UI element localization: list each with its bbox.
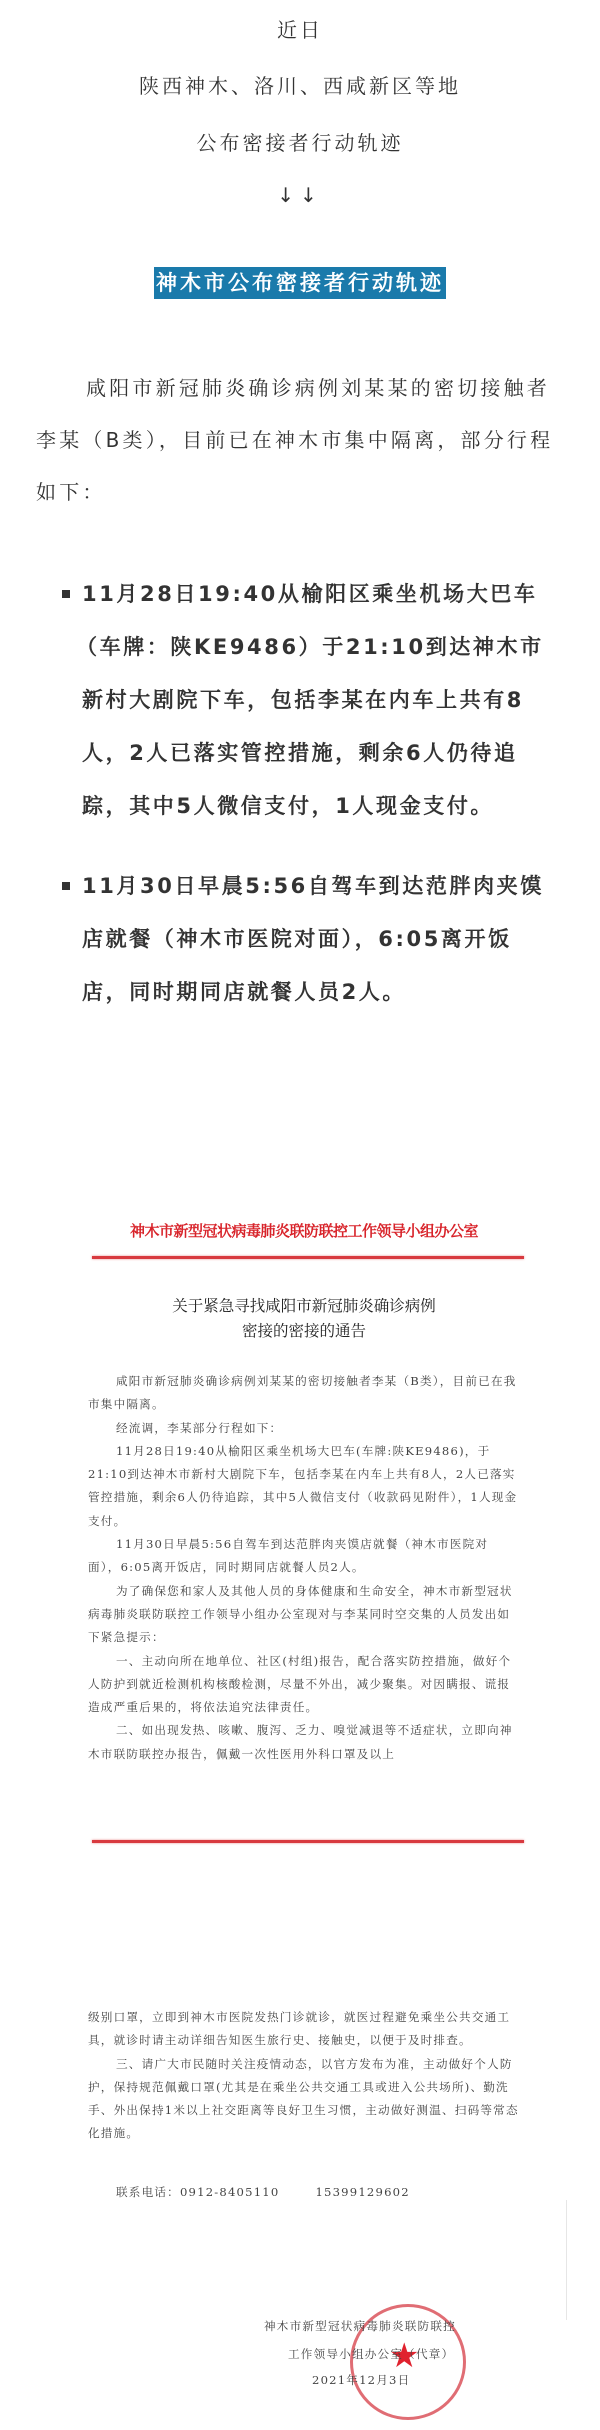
signature-line-1: 神木市新型冠状病毒肺炎联防联控 (264, 2318, 524, 2334)
notice-paragraph: 经流调，李某部分行程如下： (88, 1417, 520, 1440)
phone-number-1: 0912-8405110 (180, 2185, 279, 2199)
section-title: 神木市公布密接者行动轨迹 (154, 267, 446, 299)
notice-paragraph: 二、如出现发热、咳嗽、腹泻、乏力、嗅觉减退等不适症状，立即向神木市联防联控办报告… (88, 1719, 520, 1766)
notice-body-part1: 咸阳市新冠肺炎确诊病例刘某某的密切接触者李某（B类），目前已在我市集中隔离。 经… (88, 1370, 520, 1766)
itinerary-line: 人，2人已落实管控措施，剩余6人仍待追 (82, 727, 582, 780)
image-edge-divider (566, 2200, 567, 2320)
contact-label: 联系电话： (116, 2185, 180, 2199)
notice-paragraph: 级别口罩，立即到神木市医院发热门诊就诊，就医过程避免乘坐公共交通工具，就诊时请主… (88, 2006, 520, 2053)
bullet-square-icon (62, 882, 70, 890)
notice-paragraph: 11月28日19:40从榆阳区乘坐机场大巴车(车牌:陕KE9486)，于21:1… (88, 1440, 520, 1533)
itinerary-line: 11月30日早晨5:56自驾车到达范胖肉夹馍 (82, 860, 582, 913)
header-line-3: 公布密接者行动轨迹 (0, 127, 600, 156)
signature-line-2: 工作领导小组办公室（代章） (288, 2346, 528, 2362)
notice-document-image: 神木市新型冠状病毒肺炎联防联控工作领导小组办公室 关于紧急寻找咸阳市新冠肺炎确诊… (88, 1200, 520, 2375)
itinerary-line: 11月28日19:40从榆阳区乘坐机场大巴车 (82, 568, 582, 621)
notice-title-line-1: 关于紧急寻找咸阳市新冠肺炎确诊病例 (88, 1294, 520, 1319)
itinerary-line: 踪，其中5人微信支付，1人现金支付。 (82, 780, 582, 833)
intro-paragraph: 咸阳市新冠肺炎确诊病例刘某某的密切接触者李某（B类），目前已在神木市集中隔离，部… (36, 362, 568, 518)
notice-title-line-2: 密接的密接的通告 (88, 1319, 520, 1344)
bullet-square-icon (62, 590, 70, 598)
itinerary-line: 店就餐（神木市医院对面），6:05离开饭 (82, 913, 582, 966)
itinerary-text: 11月30日早晨5:56自驾车到达范胖肉夹馍 店就餐（神木市医院对面），6:05… (82, 860, 582, 1019)
red-rule-bottom (92, 1840, 524, 1843)
notice-paragraph: 11月30日早晨5:56自驾车到达范胖肉夹馍店就餐（神木市医院对面），6:05离… (88, 1533, 520, 1580)
notice-paragraph: 为了确保您和家人及其他人员的身体健康和生命安全，神木市新型冠状病毒肺炎联防联控工… (88, 1580, 520, 1650)
issuer-header: 神木市新型冠状病毒肺炎联防联控工作领导小组办公室 (88, 1220, 520, 1241)
notice-date: 2021年12月3日 (312, 2372, 512, 2388)
itinerary-line: （车牌：陕KE9486）于21:10到达神木市 (76, 621, 582, 674)
down-arrows-icon: ↓↓ (0, 183, 600, 207)
notice-body-part2: 级别口罩，立即到神木市医院发热门诊就诊，就医过程避免乘坐公共交通工具，就诊时请主… (88, 2006, 520, 2146)
notice-title: 关于紧急寻找咸阳市新冠肺炎确诊病例 密接的密接的通告 (88, 1294, 520, 1344)
notice-paragraph: 一、主动向所在地单位、社区(村组)报告，配合落实防控措施，做好个人防护到就近检测… (88, 1650, 520, 1720)
itinerary-line: 新村大剧院下车，包括李某在内车上共有8 (82, 674, 582, 727)
itinerary-text: 11月28日19:40从榆阳区乘坐机场大巴车 （车牌：陕KE9486）于21:1… (82, 568, 582, 833)
itinerary-line: 店，同时期同店就餐人员2人。 (82, 966, 582, 1019)
red-rule-top (92, 1256, 524, 1259)
section-title-wrap: 神木市公布密接者行动轨迹 (0, 267, 600, 299)
header-line-2: 陕西神木、洛川、西咸新区等地 (0, 70, 600, 99)
header-line-1: 近日 (0, 14, 600, 43)
notice-paragraph: 三、请广大市民随时关注疫情动态，以官方发布为准，主动做好个人防护，保持规范佩戴口… (88, 2053, 520, 2146)
phone-number-2: 15399129602 (315, 2185, 409, 2199)
contact-line: 联系电话：0912-840511015399129602 (116, 2184, 548, 2200)
notice-paragraph: 咸阳市新冠肺炎确诊病例刘某某的密切接触者李某（B类），目前已在我市集中隔离。 (88, 1370, 520, 1417)
